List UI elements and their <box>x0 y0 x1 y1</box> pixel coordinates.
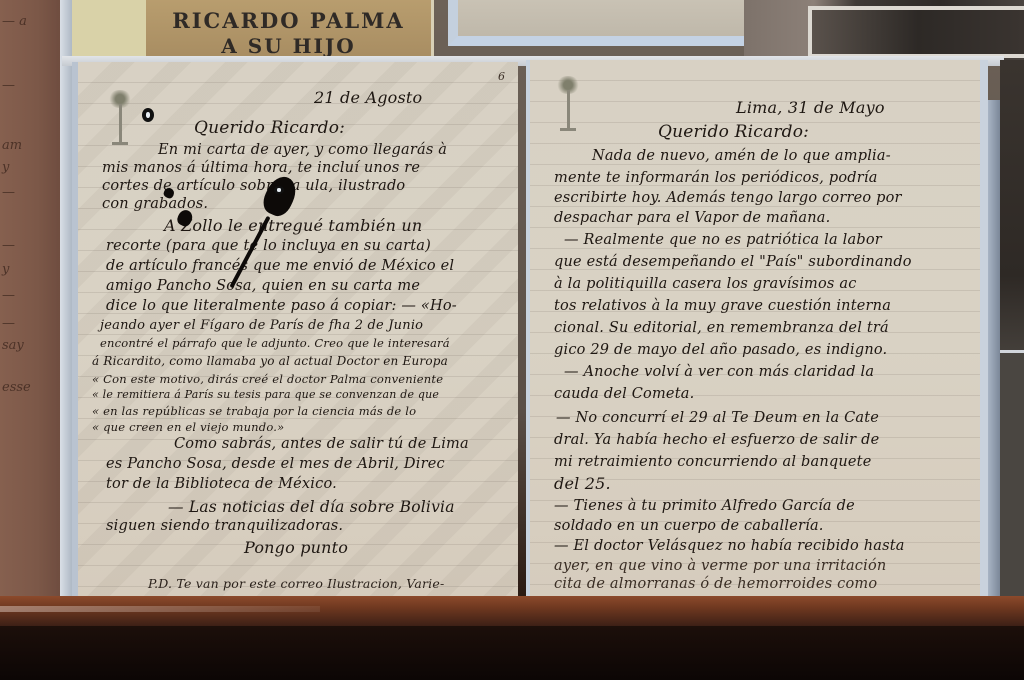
letter-line: A Zollo le entregué también un <box>164 216 422 235</box>
exhibit-plaque: RICARDO PALMA A SU HIJO <box>146 0 434 58</box>
background-letter-fragment: — <box>2 78 15 93</box>
letter-line: — Anoche volví à ver con más claridad la <box>564 364 874 380</box>
letter-line: — Tienes à tu primito Alfredo García de <box>554 498 855 514</box>
letter-date: 21 de Agosto <box>314 88 422 107</box>
letter-line: « le remitiera á París su tesis para que… <box>92 388 439 401</box>
letter-line: — No concurrí el 29 al Te Deum en la Cat… <box>556 410 879 426</box>
letter-line: es Pancho Sosa, desde el mes de Abril, D… <box>106 456 445 472</box>
letter-line: de artículo francés que me envió de Méxi… <box>106 258 454 274</box>
letter-right: Lima, 31 de Mayo Querido Ricardo: Nada d… <box>526 60 988 602</box>
page-number: 6 <box>498 70 505 83</box>
background-letter-fragment: y <box>2 160 9 175</box>
letter-line: siguen siendo tranquilizadoras. <box>106 518 343 534</box>
letter-line: que está desempeñando el "País" subordin… <box>554 254 912 270</box>
letter-line: ayer, en que vino à verme por una irrita… <box>554 558 886 574</box>
background-letter-left: — a — am y — — y — — say esse <box>0 0 62 600</box>
letter-salutation: Querido Ricardo: <box>658 122 809 142</box>
postscript-line: P.D. Te van por este correo Ilustracion,… <box>148 576 444 591</box>
letter-line: con grabados. <box>102 196 208 212</box>
letter-salutation: Querido Ricardo: <box>194 118 345 138</box>
letter-line: cortes de artículo sobre la ula, ilustra… <box>102 178 405 194</box>
background-letter-fragment: — <box>2 288 15 303</box>
letter-line: jeando ayer el Fígaro de París de fha 2 … <box>100 318 423 333</box>
letter-line: cauda del Cometa. <box>554 386 694 402</box>
palm-tree-letterhead-icon <box>106 88 134 148</box>
letter-line: á Ricardito, como llamaba yo al actual D… <box>92 354 448 368</box>
background-letter-fragment: am <box>2 138 22 153</box>
letter-line: soldado en un cuerpo de caballería. <box>554 518 824 534</box>
plaque-title-line1: RICARDO PALMA <box>146 8 431 33</box>
background-letter-fragment: y <box>2 262 9 277</box>
letter-line: à la politiquilla casera los gravísimos … <box>554 276 857 292</box>
letter-line: amigo Pancho Sosa, quien en su carta me <box>106 278 420 294</box>
letter-line: tor de la Biblioteca de México. <box>106 476 337 492</box>
letter-line: encontré el párrafo que le adjunto. Creo… <box>100 336 450 350</box>
display-case-base <box>0 626 1024 680</box>
letter-line: mente te informarán los periódicos, podr… <box>554 170 878 186</box>
letter-line: tos relativos à la muy grave cuestión in… <box>554 298 891 314</box>
background-letter-fragment: — <box>2 238 15 253</box>
background-letter-fragment: — <box>2 316 15 331</box>
letter-line: recorte (para que te lo incluya en su ca… <box>106 238 431 254</box>
background-frame-top-right <box>808 6 1024 58</box>
punch-hole <box>142 108 154 122</box>
letter-line: « en las repúblicas se trabaja por la ci… <box>92 404 416 418</box>
paper-hole <box>274 186 284 194</box>
display-case-photo: — a — am y — — y — — say esse RICARDO PA… <box>0 0 1024 680</box>
glass-edge-left <box>60 0 72 600</box>
letter-line: mis manos á última hora, te incluí unos … <box>102 160 420 176</box>
background-letter-fragment: say <box>2 338 24 353</box>
letter-line: mi retraimiento concurriendo al banquete <box>554 454 871 470</box>
background-card <box>72 0 152 58</box>
letter-line: — Realmente que no es patriótica la labo… <box>564 232 882 248</box>
letter-line: dice lo que literalmente paso á copiar: … <box>106 298 457 314</box>
letter-line: escribirte hoy. Además tengo largo corre… <box>554 190 902 206</box>
glass-reflection <box>0 606 320 612</box>
glass-edge-right <box>988 100 1000 600</box>
letter-line: Nada de nuevo, amén de lo que amplia- <box>592 148 891 164</box>
letter-line: cional. Su editorial, en remembranza del… <box>554 320 889 336</box>
letter-line: gico 29 de mayo del año pasado, es indig… <box>554 342 887 358</box>
background-letter-fragment: — a <box>2 14 27 29</box>
letter-line: despachar para el Vapor de mañana. <box>554 210 830 226</box>
letter-line: — El doctor Velásquez no había recibido … <box>554 538 905 554</box>
letter-line: del 25. <box>554 474 611 493</box>
palm-tree-letterhead-icon <box>554 74 582 134</box>
letter-line: « que creen en el viejo mundo.» <box>92 420 284 434</box>
background-letter-fragment: — <box>2 185 15 200</box>
letter-line: En mi carta de ayer, y como llegarás à <box>158 142 447 158</box>
plaque-title-line2: A SU HIJO <box>146 34 431 58</box>
letter-closing: Pongo punto <box>244 538 348 557</box>
letter-line: — Las noticias del día sobre Bolivia <box>168 498 455 516</box>
letter-line: Como sabrás, antes de salir tú de Lima <box>174 436 469 452</box>
letter-date: Lima, 31 de Mayo <box>736 98 885 117</box>
background-document-top <box>448 0 744 46</box>
letter-left: 6 21 de Agosto Querido Ricardo: En mi ca… <box>72 62 518 602</box>
letter-line: dral. Ya había hecho el esfuerzo de sali… <box>554 432 879 448</box>
letter-line: « Con este motivo, dirás creé el doctor … <box>92 372 443 386</box>
letter-line: cita de almorranas ó de hemorroides como <box>554 576 877 592</box>
background-letter-fragment: esse <box>2 380 31 395</box>
